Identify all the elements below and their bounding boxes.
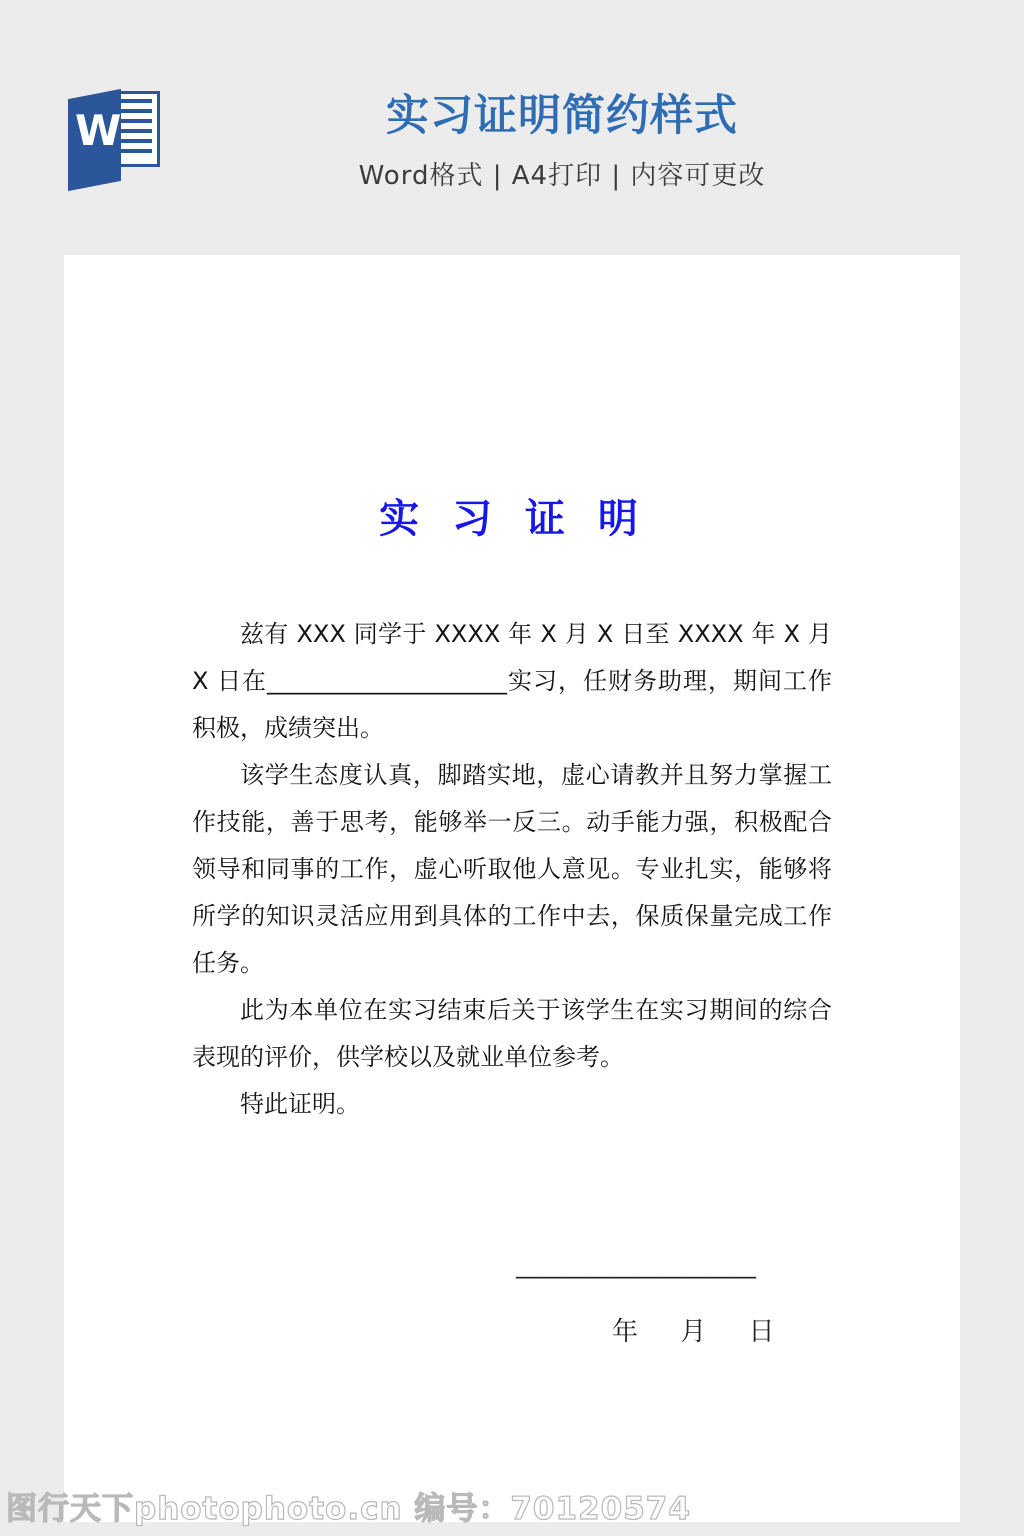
- site-watermark: 图行天下photophoto.cn 编号：70120574: [6, 1483, 691, 1528]
- paragraph-intern-period: 兹有 XXX 同学于 XXXX 年 X 月 X 日至 XXXX 年 X 月 X …: [192, 611, 832, 752]
- paragraph-hereby-certify: 特此证明。: [192, 1081, 832, 1128]
- document-page: 实 习 证 明 兹有 XXX 同学于 XXXX 年 X 月 X 日至 XXXX …: [64, 255, 960, 1522]
- template-preview-canvas: { "header": { "title": "实习证明简约样式", "subt…: [0, 0, 1024, 1536]
- word-icon-letter: W: [75, 106, 121, 155]
- template-subtitle: Word格式 | A4打印 | 内容可更改: [100, 155, 1024, 192]
- document-body: 兹有 XXX 同学于 XXXX 年 X 月 X 日至 XXXX 年 X 月 X …: [192, 611, 832, 1128]
- date-line: 年 月 日: [612, 1311, 775, 1348]
- document-title: 实 习 证 明: [64, 487, 960, 544]
- paragraph-performance: 该学生态度认真，脚踏实地，虚心请教并且努力掌握工作技能，善于思考，能够举一反三。…: [192, 752, 832, 987]
- signature-blank-line: ____________________: [516, 1251, 756, 1279]
- header: W 实习证明简约样式 Word格式 | A4打印 | 内容可更改: [0, 0, 1024, 255]
- paragraph-evaluation: 此为本单位在实习结束后关于该学生在实习期间的综合表现的评价，供学校以及就业单位参…: [192, 987, 832, 1081]
- header-text-block: 实习证明简约样式 Word格式 | A4打印 | 内容可更改: [100, 93, 1024, 192]
- template-title: 实习证明简约样式: [100, 93, 1024, 140]
